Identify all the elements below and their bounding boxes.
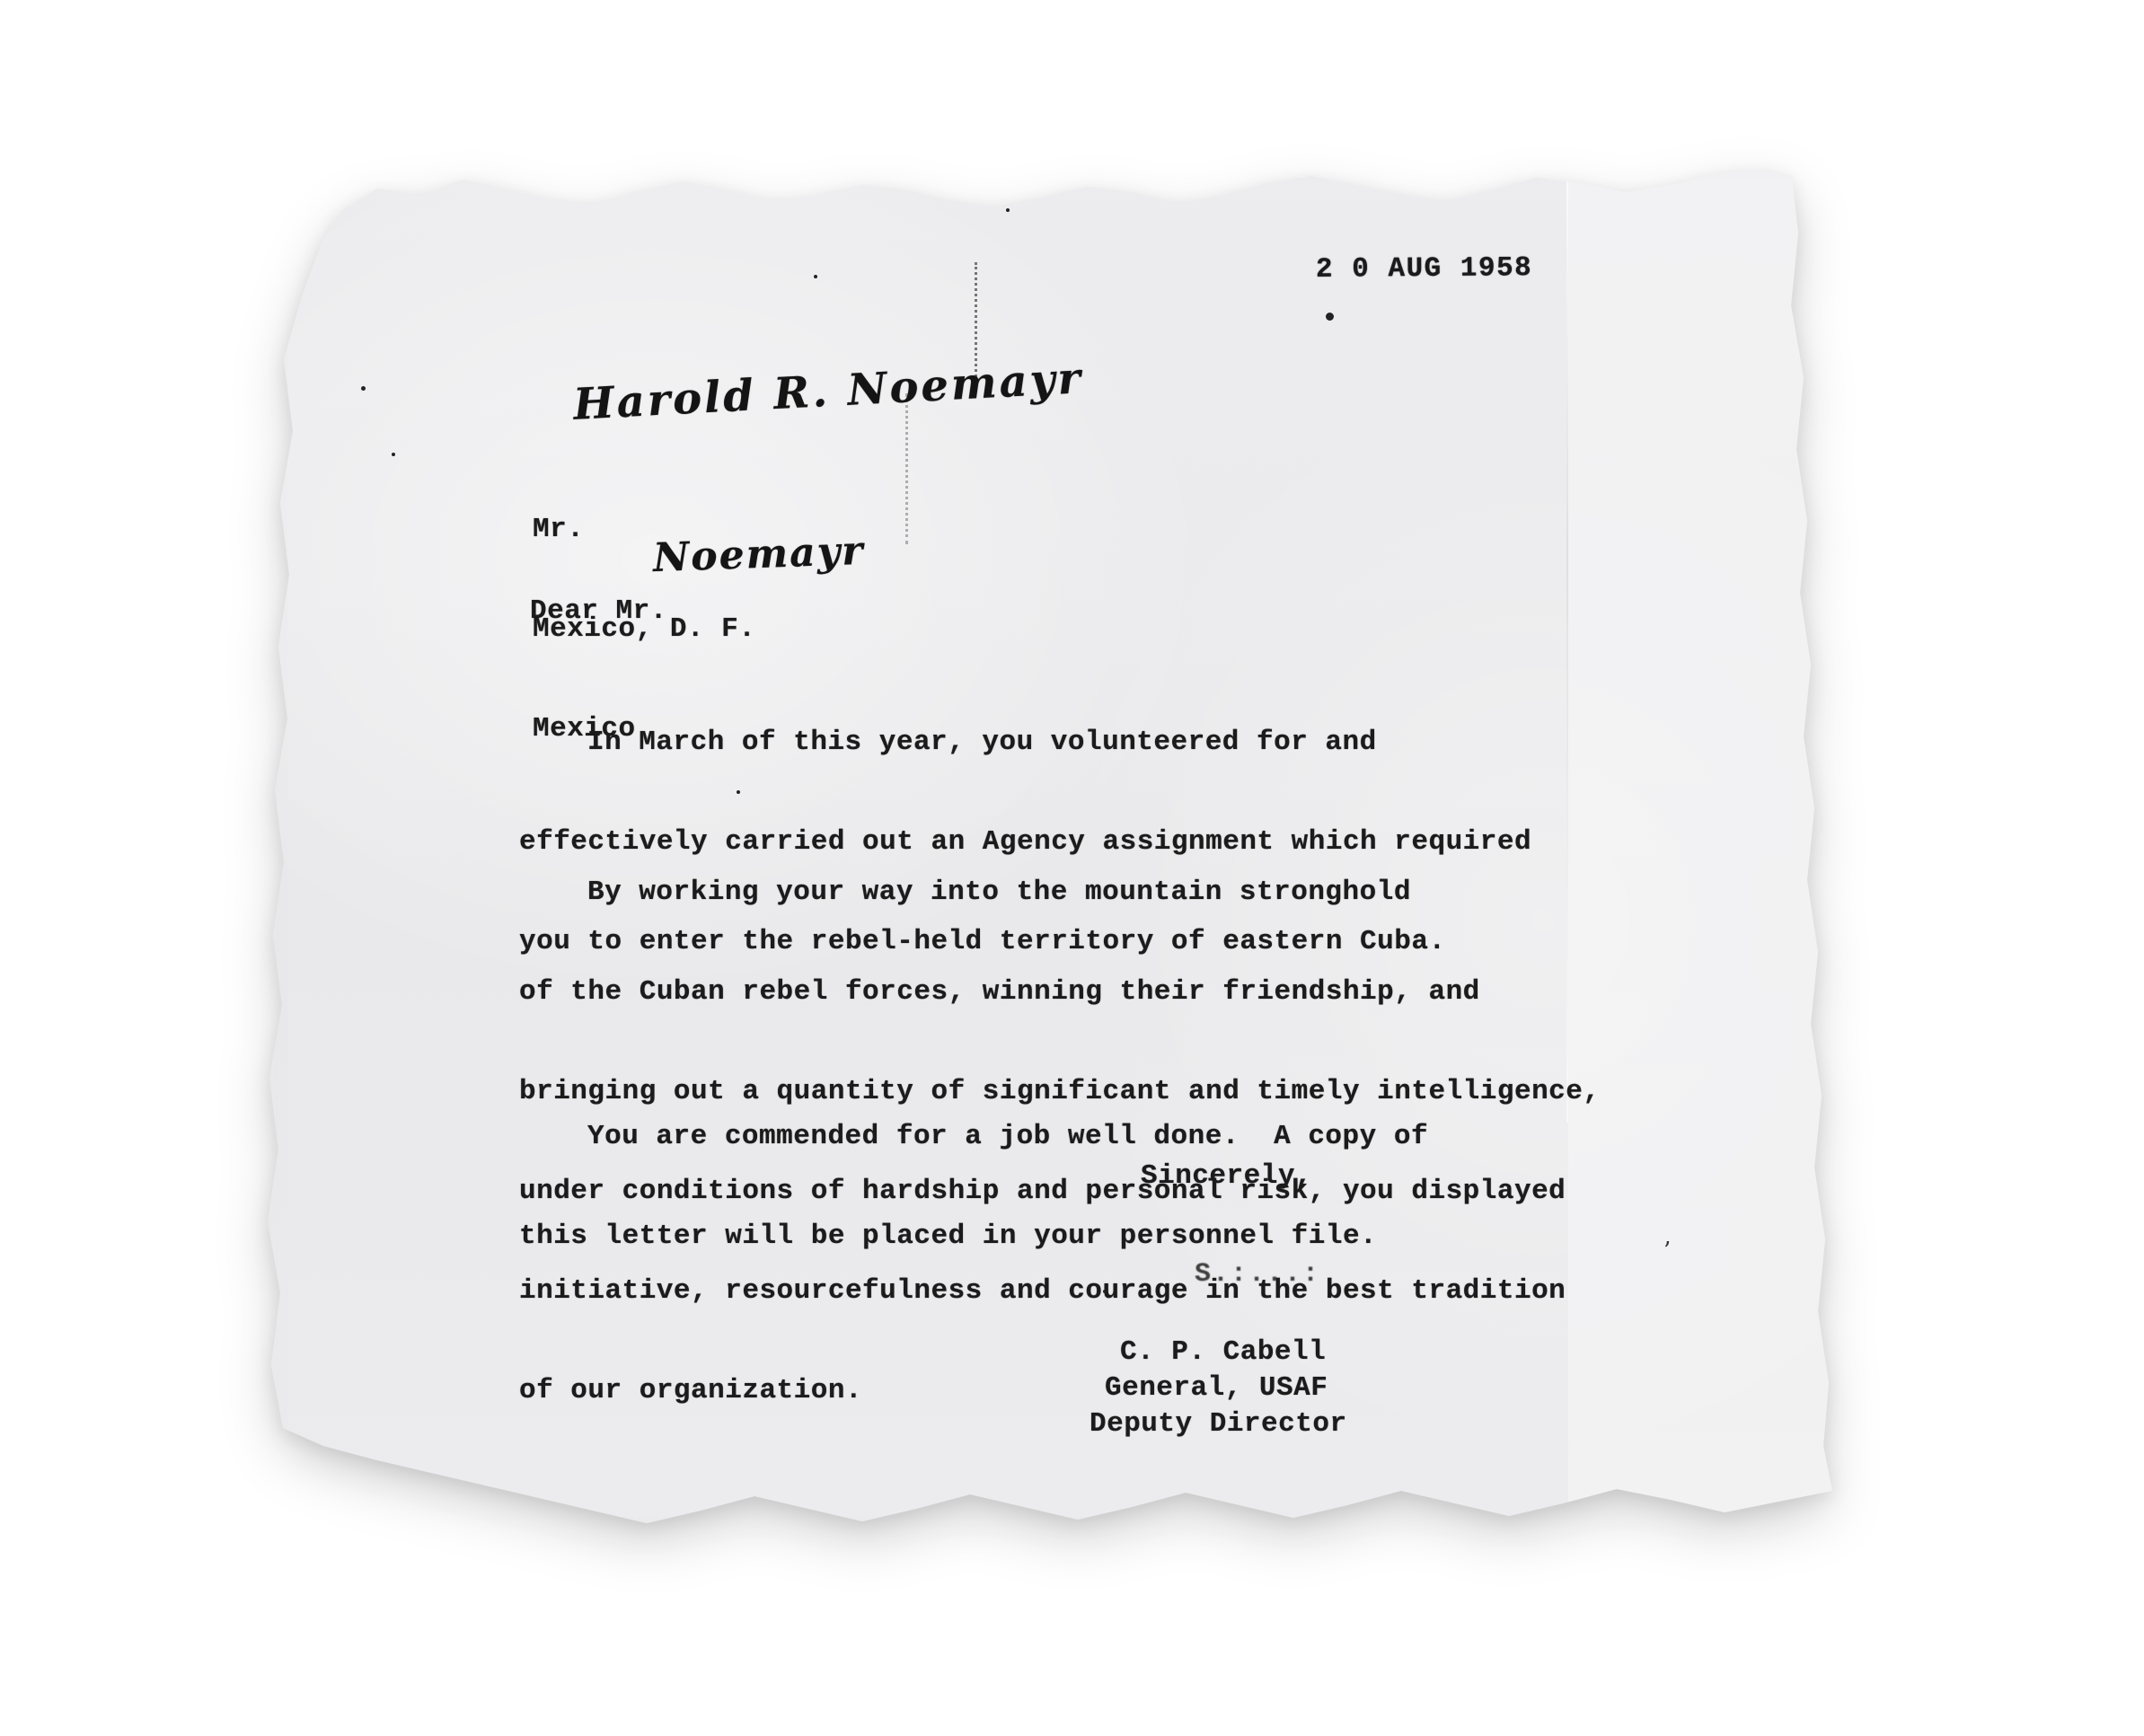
signer-rank: General, USAF <box>1105 1372 1328 1404</box>
faded-signature-mark: S.:...: <box>1195 1259 1320 1290</box>
handwritten-recipient-name: Harold R. Noemayr <box>572 353 1084 430</box>
paragraph-line: By working your way into the mountain st… <box>519 877 1601 913</box>
ink-speck <box>392 453 395 456</box>
closing: Sincerely, <box>1141 1160 1312 1192</box>
ink-speck <box>1326 313 1334 321</box>
vertical-scratch-artifact <box>905 393 908 544</box>
ink-speck <box>1006 208 1010 212</box>
paragraph-line: You are commended for a job well done. A… <box>519 1121 1428 1158</box>
paragraph-line: this letter will be placed in your perso… <box>519 1220 1428 1257</box>
paper-shadow: 2 0 AUG 1958 Harold R. Noemayr Mr. Mexic… <box>234 126 1913 1572</box>
paragraph-line: In March of this year, you volunteered f… <box>519 727 1531 763</box>
stray-tick-mark: ’ <box>1663 1238 1671 1265</box>
letter-paper: 2 0 AUG 1958 Harold R. Noemayr Mr. Mexic… <box>234 126 1913 1572</box>
salutation: Dear Mr. <box>530 595 667 627</box>
date-stamp: 2 0 AUG 1958 <box>1316 252 1532 286</box>
handwritten-surname-insert: Noemayr <box>652 528 865 581</box>
signer-name: C. P. Cabell <box>1120 1336 1326 1368</box>
ink-speck <box>814 275 817 278</box>
ink-speck <box>1103 1290 1107 1293</box>
paper-tone-patch <box>1568 126 1838 1572</box>
paragraph-line: of the Cuban rebel forces, winning their… <box>519 976 1601 1013</box>
vertical-scratch-artifact <box>975 262 977 377</box>
paragraph-line: of our organization. <box>519 1375 1601 1412</box>
ink-speck <box>361 386 366 391</box>
ink-speck <box>737 790 740 794</box>
scanned-letter-scene: 2 0 AUG 1958 Harold R. Noemayr Mr. Mexic… <box>0 0 2144 1736</box>
signer-title: Deputy Director <box>1090 1408 1347 1440</box>
